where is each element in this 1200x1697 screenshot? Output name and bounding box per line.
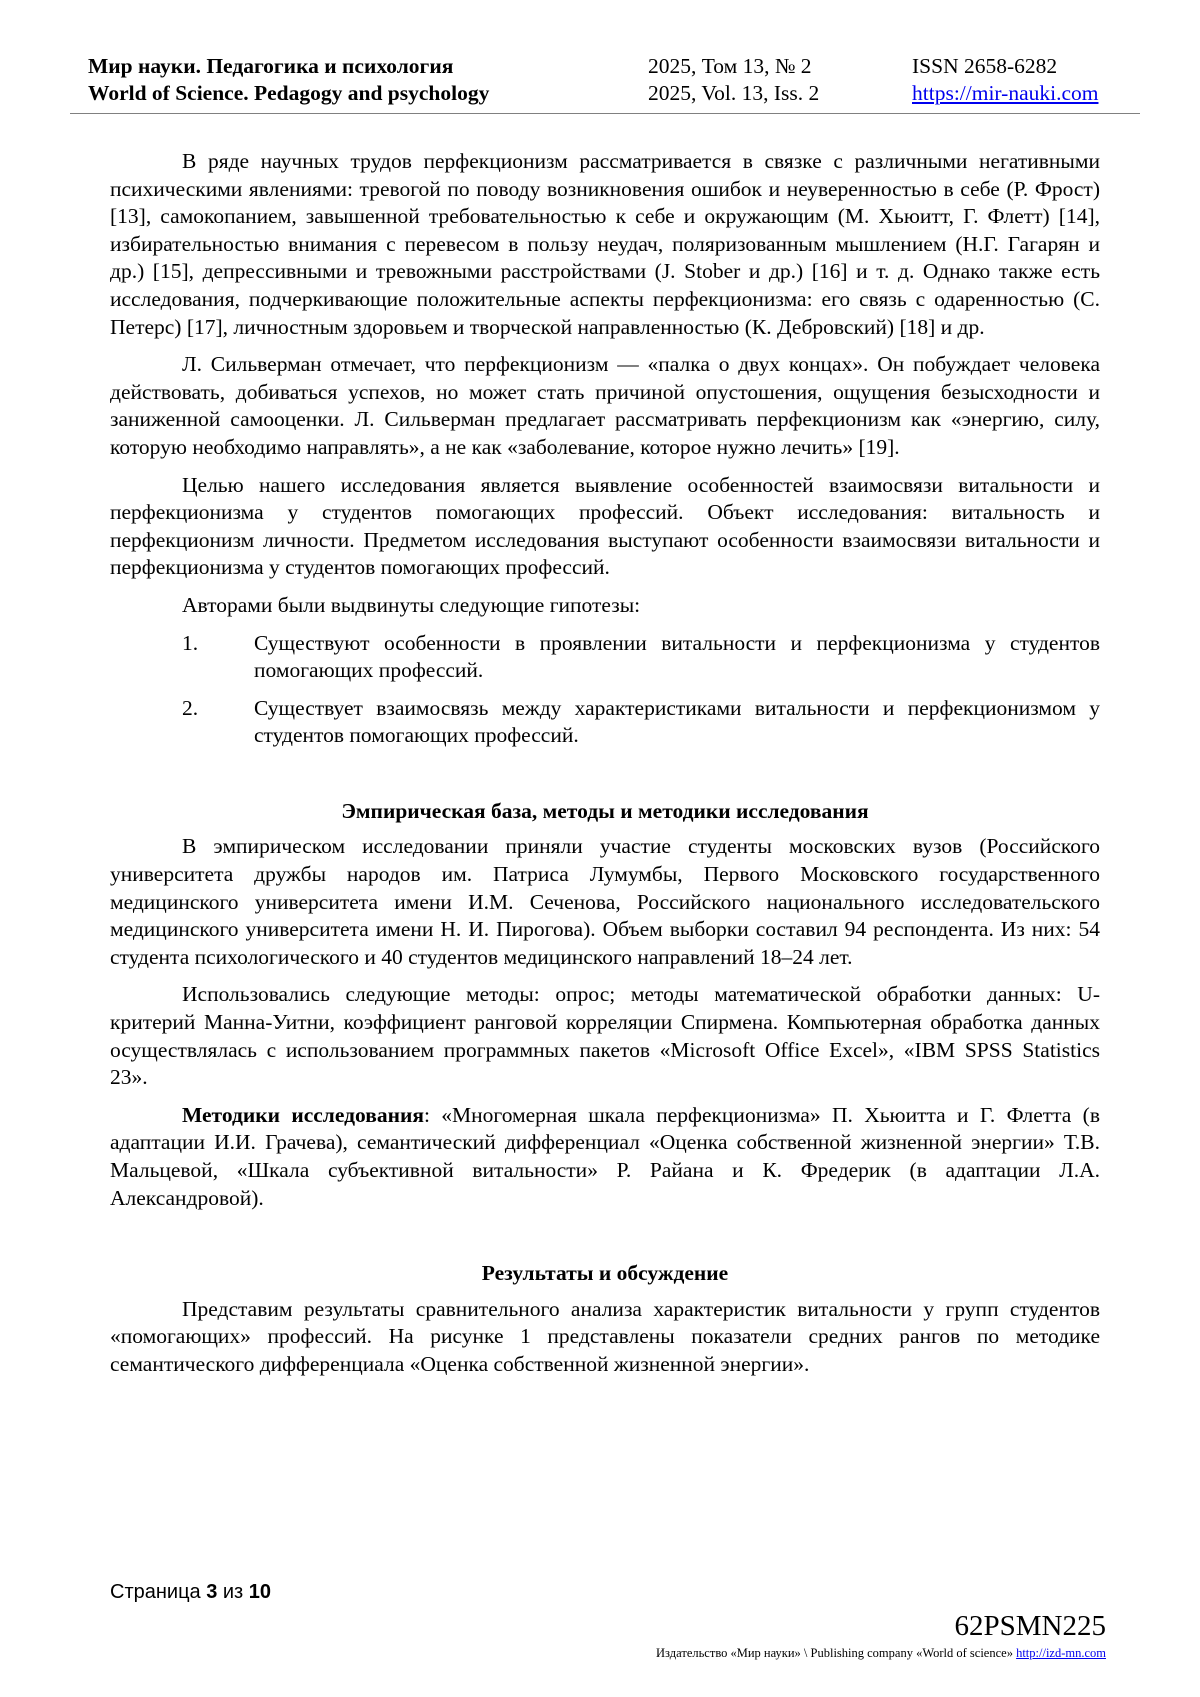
- journal-title-en: World of Science. Pedagogy and psycholog…: [88, 80, 489, 107]
- issn: ISSN 2658-6282: [912, 53, 1098, 80]
- journal-website-link[interactable]: https://mir-nauki.com: [912, 81, 1098, 105]
- page-number: Страница 3 из 10: [110, 1581, 271, 1604]
- paragraph-methods: Использовались следующие методы: опрос; …: [110, 981, 1100, 1091]
- list-number: 1.: [110, 630, 254, 685]
- list-number: 2.: [110, 695, 254, 750]
- page-mid: из: [217, 1581, 248, 1603]
- issue-en: 2025, Vol. 13, Iss. 2: [648, 80, 819, 107]
- list-text: Существуют особенности в проявлении вита…: [254, 630, 1100, 685]
- publisher-link[interactable]: http://izd-mn.com: [1016, 1646, 1106, 1660]
- article-body: В ряде научных трудов перфекционизм расс…: [110, 148, 1100, 1379]
- publisher-text: Издательство «Мир науки» \ Publishing co…: [656, 1646, 1016, 1660]
- paragraph-hypotheses-intro: Авторами были выдвинуты следующие гипоте…: [110, 592, 1100, 620]
- journal-title-ru: Мир науки. Педагогика и психология: [88, 53, 489, 80]
- hypotheses-list: 1. Существуют особенности в проявлении в…: [110, 630, 1100, 750]
- paragraph-instruments: Методики исследования: «Многомерная шкал…: [110, 1102, 1100, 1212]
- paragraph-results-intro: Представим результаты сравнительного ана…: [110, 1296, 1100, 1379]
- journal-title-block: Мир науки. Педагогика и психология World…: [88, 53, 489, 107]
- list-text: Существует взаимосвязь между характерист…: [254, 695, 1100, 750]
- section-heading-results: Результаты и обсуждение: [110, 1260, 1100, 1288]
- section-heading-methods: Эмпирическая база, методы и методики исс…: [110, 798, 1100, 826]
- page-current: 3: [206, 1581, 217, 1603]
- paragraph-perfectionism-negative: В ряде научных трудов перфекционизм расс…: [110, 148, 1100, 341]
- paragraph-sample: В эмпирическом исследовании приняли учас…: [110, 833, 1100, 971]
- list-item: 1. Существуют особенности в проявлении в…: [110, 630, 1100, 685]
- issn-block: ISSN 2658-6282 https://mir-nauki.com: [912, 53, 1098, 107]
- list-item: 2. Существует взаимосвязь между характер…: [110, 695, 1100, 750]
- instruments-label: Методики исследования: [182, 1103, 424, 1127]
- page-total: 10: [249, 1581, 271, 1603]
- article-code: 62PSMN225: [955, 1610, 1107, 1643]
- issue-block: 2025, Том 13, № 2 2025, Vol. 13, Iss. 2: [648, 53, 819, 107]
- paragraph-research-goal: Целью нашего исследования является выявл…: [110, 472, 1100, 582]
- journal-header: Мир науки. Педагогика и психология World…: [70, 53, 1140, 114]
- issue-ru: 2025, Том 13, № 2: [648, 53, 819, 80]
- publisher-line: Издательство «Мир науки» \ Publishing co…: [656, 1646, 1106, 1661]
- page-prefix: Страница: [110, 1581, 206, 1603]
- paragraph-silverman: Л. Сильверман отмечает, что перфекциониз…: [110, 351, 1100, 461]
